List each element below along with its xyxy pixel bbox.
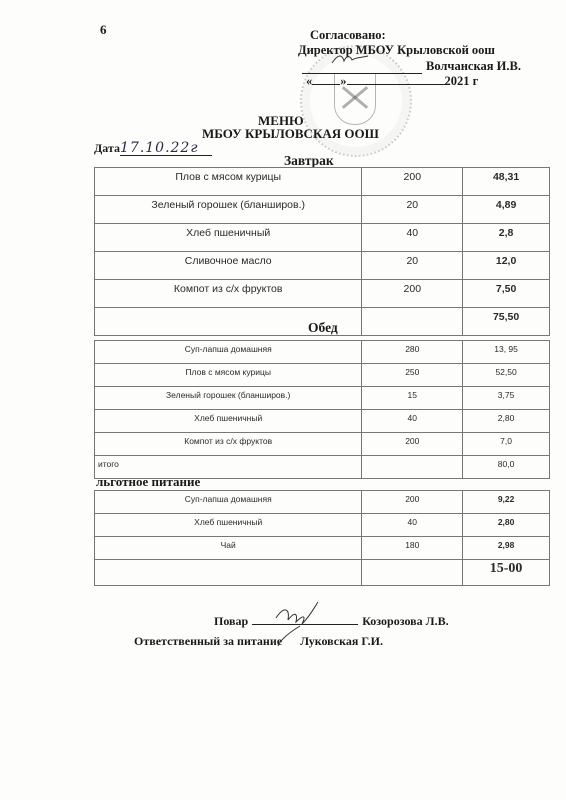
table-row: Зеленый горошек (бланширов.)153,75: [95, 387, 550, 410]
cell-price: 80,0: [463, 456, 550, 479]
cell-price: 75,50: [463, 308, 550, 336]
cell-qty: [362, 560, 463, 586]
cell-price: 2,8: [463, 224, 550, 252]
cell-name: Компот из с/х фруктов: [95, 433, 362, 456]
cell-name: Хлеб пшеничный: [95, 224, 362, 252]
table-row: Суп-лапша домашняя28013, 95: [95, 341, 550, 364]
cell-price: 15-00: [463, 560, 550, 586]
page-number: 6: [100, 22, 107, 38]
cell-qty: 20: [362, 252, 463, 280]
cook-name: Козорозова Л.В.: [362, 614, 448, 628]
responsible-label: Ответственный за питание: [134, 634, 282, 648]
cell-name: Зеленый горошек (бланширов.): [95, 387, 362, 410]
breakfast-table: Плов с мясом курицы20048,31Зеленый горош…: [94, 167, 550, 336]
lunch-heading: Обед: [308, 320, 338, 336]
cell-qty: 280: [362, 341, 463, 364]
director-signature: [330, 52, 370, 66]
approval-label: Согласовано:: [310, 28, 386, 43]
cell-price: 52,50: [463, 364, 550, 387]
table-row: Хлеб пшеничный402,80: [95, 410, 550, 433]
date-label: Дата: [94, 141, 120, 155]
cell-qty: 200: [362, 168, 463, 196]
approval-name: Волчанская И.В.: [426, 59, 521, 74]
cell-name: Хлеб пшеничный: [95, 514, 362, 537]
cell-qty: 180: [362, 537, 463, 560]
cell-qty: [362, 456, 463, 479]
day-blank: [312, 73, 340, 85]
cell-name: Компот из с/х фруктов: [95, 280, 362, 308]
cook-signature: [270, 598, 340, 648]
cell-price: 2,80: [463, 514, 550, 537]
cell-name: Суп-лапша домашняя: [95, 341, 362, 364]
table-row: Хлеб пшеничный402,8: [95, 224, 550, 252]
cell-qty: 200: [362, 280, 463, 308]
table-row: Чай1802,98: [95, 537, 550, 560]
cell-qty: 15: [362, 387, 463, 410]
approval-position: Директор МБОУ Крыловской оош: [298, 43, 495, 58]
table-row: Суп-лапша домашняя2009,22: [95, 491, 550, 514]
school-title: МБОУ КРЫЛОВСКАЯ ООШ: [202, 126, 379, 142]
table-row: Плов с мясом курицы25052,50: [95, 364, 550, 387]
cell-price: 4,89: [463, 196, 550, 224]
month-blank: [347, 73, 445, 85]
cell-name: Суп-лапша домашняя: [95, 491, 362, 514]
responsible-signature-row: Ответственный за питание Луковская Г.И.: [134, 634, 383, 649]
approval-date: «»2021 г: [306, 73, 478, 89]
table-row: Хлеб пшеничный402,80: [95, 514, 550, 537]
cell-price: 2,98: [463, 537, 550, 560]
cell-price: 48,31: [463, 168, 550, 196]
date-value: 17.10.22г: [120, 142, 212, 156]
total-row: 15-00: [95, 560, 550, 586]
cell-price: 2,80: [463, 410, 550, 433]
lunch-table: Суп-лапша домашняя28013, 95Плов с мясом …: [94, 340, 550, 479]
approval-year: 2021 г: [445, 74, 479, 88]
table-row: Сливочное масло2012,0: [95, 252, 550, 280]
cell-name: Плов с мясом курицы: [95, 364, 362, 387]
cell-name: Сливочное масло: [95, 252, 362, 280]
table-row: Зеленый горошек (бланширов.)204,89: [95, 196, 550, 224]
cell-qty: 40: [362, 224, 463, 252]
table-row: Компот из с/х фруктов2007,0: [95, 433, 550, 456]
cell-name: Плов с мясом курицы: [95, 168, 362, 196]
cell-price: 12,0: [463, 252, 550, 280]
cell-name: [95, 560, 362, 586]
benefit-table: Суп-лапша домашняя2009,22Хлеб пшеничный4…: [94, 490, 550, 586]
cell-qty: 20: [362, 196, 463, 224]
cell-qty: [362, 308, 463, 336]
cell-qty: 40: [362, 410, 463, 433]
cell-qty: 250: [362, 364, 463, 387]
cell-price: 3,75: [463, 387, 550, 410]
date-row: Дата17.10.22г: [94, 141, 212, 156]
cook-label: Повар: [214, 614, 248, 628]
cell-price: 13, 95: [463, 341, 550, 364]
cell-name: Чай: [95, 537, 362, 560]
cell-name: Хлеб пшеничный: [95, 410, 362, 433]
table-row: Плов с мясом курицы20048,31: [95, 168, 550, 196]
cell-price: 7,50: [463, 280, 550, 308]
cell-name: Зеленый горошек (бланширов.): [95, 196, 362, 224]
cell-qty: 200: [362, 491, 463, 514]
benefit-heading: льготное питание: [96, 474, 200, 490]
cell-price: 7,0: [463, 433, 550, 456]
cell-qty: 200: [362, 433, 463, 456]
cell-qty: 40: [362, 514, 463, 537]
cell-price: 9,22: [463, 491, 550, 514]
table-row: Компот из с/х фруктов2007,50: [95, 280, 550, 308]
